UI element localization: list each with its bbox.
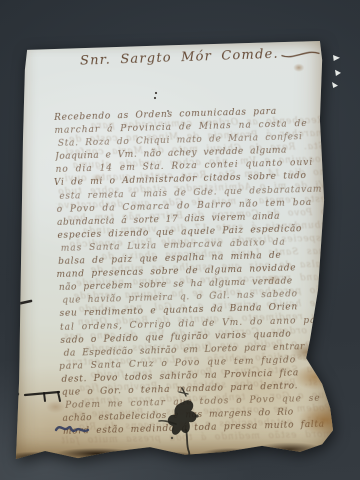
pen-trial-line [25,392,59,395]
letter-salutation: Snr. Sargto Mór Comde. [80,46,292,68]
letter-body: Recebendo as Ordens comunicadas paramarc… [54,105,329,440]
pen-trial-tee-1 [44,393,45,401]
left-dash-mark [17,301,31,304]
paper-shadow-wrap: Recebendo as Ordens comunicadas paramarc… [0,0,360,480]
salutation-text: Snr. Sargto Mór Comde. [80,47,279,69]
salutation-flourish-stroke [281,47,321,60]
manuscript-photo: Recebendo as Ordens comunicadas paramarc… [0,0,360,480]
manuscript-paper: Recebendo as Ordens comunicadas paramarc… [14,38,334,462]
edge-numeral-mark: 3 [14,170,24,178]
asterisk-dot-mark [15,392,19,396]
colon-speck-top [155,92,157,94]
pen-trial-tee-2 [58,392,60,401]
colon-speck-bottom [154,97,156,99]
